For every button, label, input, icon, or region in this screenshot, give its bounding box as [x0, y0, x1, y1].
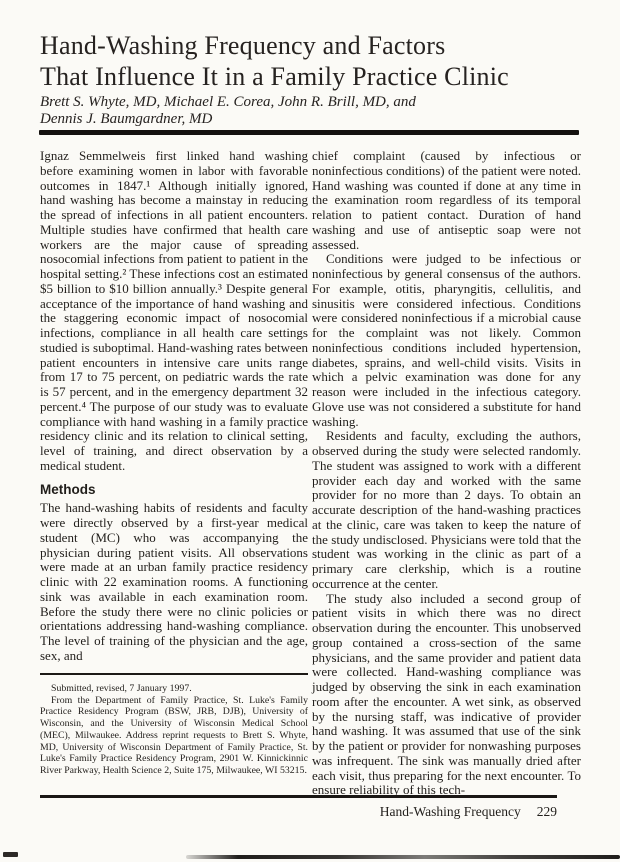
footnote-block: Submitted, revised, 7 January 1997. From…	[40, 673, 308, 777]
footnote-affiliation: From the Department of Family Practice, …	[40, 695, 308, 777]
body-paragraph: Residents and faculty, excluding the aut…	[312, 429, 581, 591]
footnote-divider-rule	[40, 673, 308, 675]
scan-artifact-left-tick	[3, 852, 18, 857]
footer-divider-rule	[40, 795, 557, 798]
journal-page: Hand-Washing Frequency and Factors That …	[0, 0, 620, 862]
methods-paragraph: The hand-washing habits of residents and…	[40, 501, 308, 663]
authors-byline-line1: Brett S. Whyte, MD, Michael E. Corea, Jo…	[40, 94, 592, 111]
page-title-line1: Hand-Washing Frequency and Factors	[40, 30, 592, 61]
running-title: Hand-Washing Frequency	[380, 804, 521, 819]
body-paragraph: Conditions were judged to be infectious …	[312, 252, 581, 429]
page-title-line2: That Influence It in a Family Practice C…	[40, 61, 592, 92]
authors-byline: Brett S. Whyte, MD, Michael E. Corea, Jo…	[40, 94, 592, 128]
body-paragraph: chief complaint (caused by infectious or…	[312, 149, 581, 252]
footnote-submitted: Submitted, revised, 7 January 1997.	[40, 683, 308, 695]
left-column: Ignaz Semmelweis first linked hand washi…	[40, 149, 308, 664]
authors-byline-line2: Dennis J. Baumgardner, MD	[40, 111, 592, 128]
page-title: Hand-Washing Frequency and Factors That …	[40, 30, 592, 92]
page-footer: Hand-Washing Frequency229	[40, 804, 557, 820]
page-number: 229	[537, 804, 557, 819]
body-paragraph: The study also included a second group o…	[312, 592, 581, 799]
intro-paragraph: Ignaz Semmelweis first linked hand washi…	[40, 149, 308, 474]
scan-artifact-bottom-streak	[186, 855, 620, 859]
title-divider-rule	[39, 130, 579, 135]
methods-heading: Methods	[40, 483, 308, 498]
right-column: chief complaint (caused by infectious or…	[312, 149, 581, 798]
